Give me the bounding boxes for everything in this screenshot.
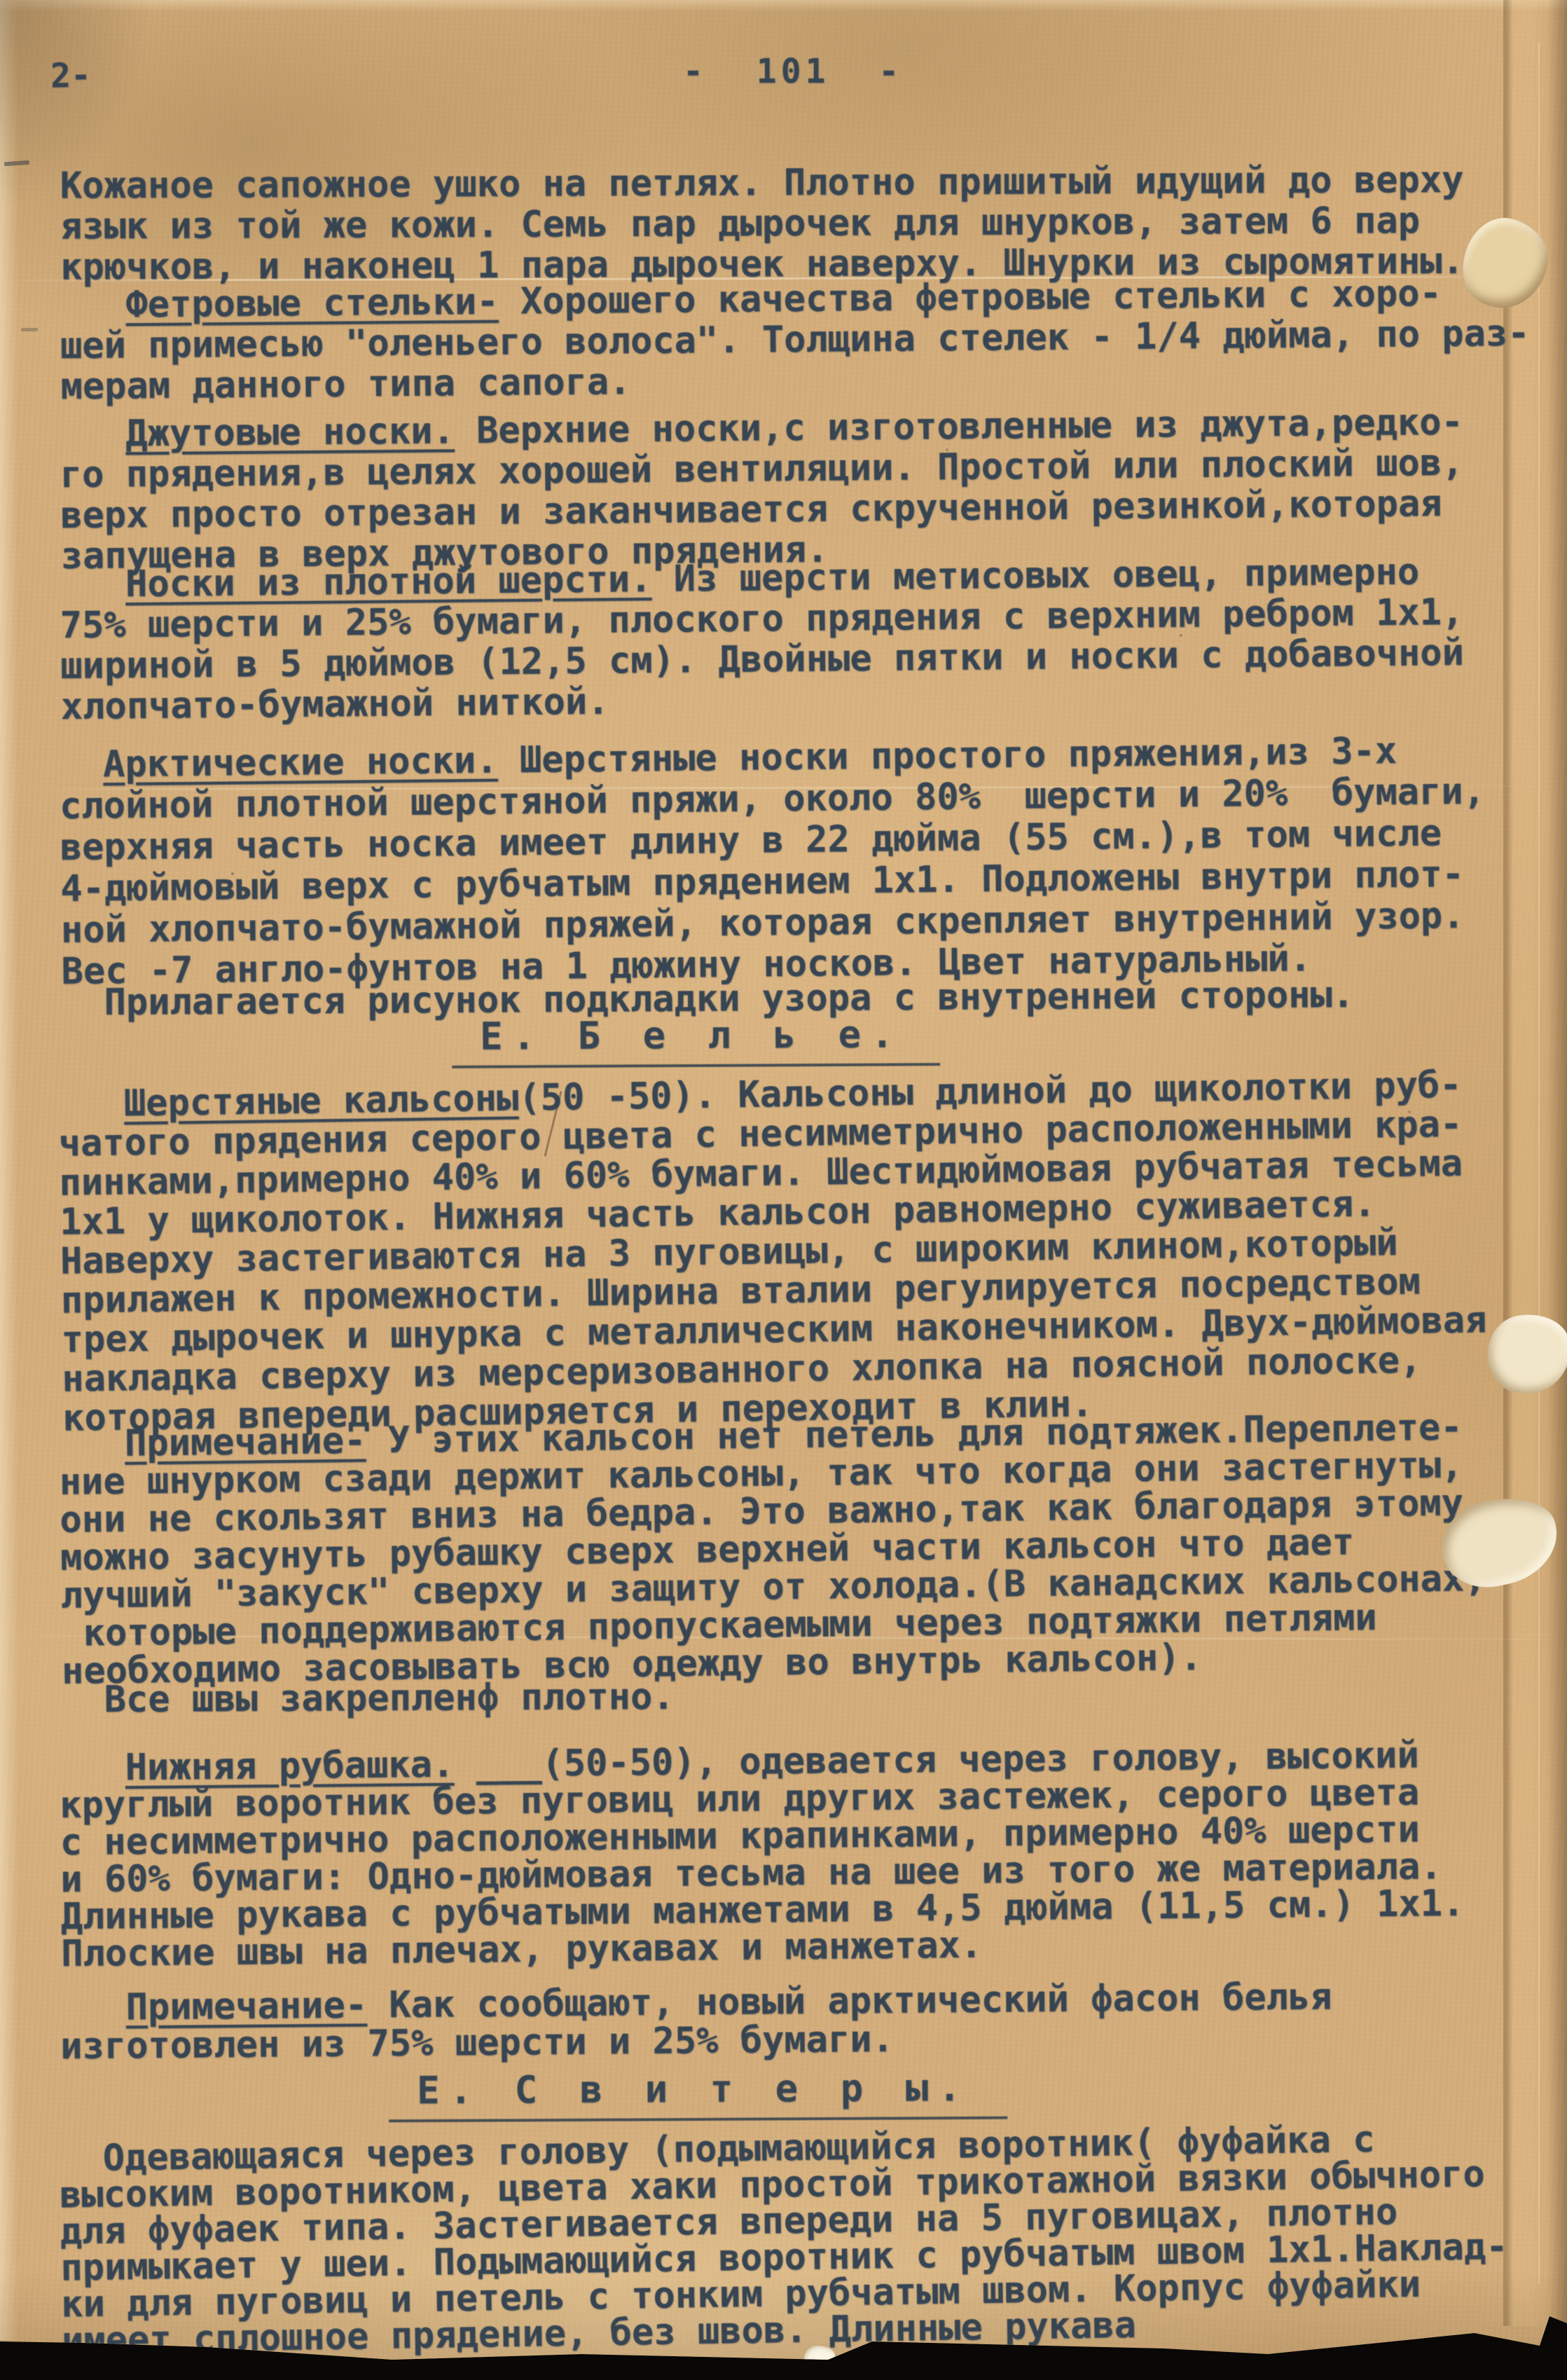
scanned-page: 2- - 101 - Кожаное сапожное ушко на петл… — [0, 0, 1567, 2380]
paragraph: Фетровые стельки- Хорошего качества фетр… — [60, 273, 1524, 407]
paragraph: Одевающаяся через голову (подымающийся в… — [59, 2119, 1526, 2360]
text-line: Кожаное сапожное ушко на петлях. Плотно … — [60, 159, 1524, 206]
typewritten-text: 2- - 101 - Кожаное сапожное ушко на петл… — [0, 0, 1567, 2380]
paragraph: Нижняя рубашка. ___(50-50), одевается че… — [60, 1736, 1526, 1973]
section-title: Арктические носки. — [103, 739, 498, 785]
paragraph: Джутовые носки. Верхние носки,с изготовл… — [60, 401, 1525, 577]
page-number-center: - 101 - — [683, 52, 903, 91]
paragraph: Примечание- У этих кальсон нет петель дл… — [59, 1408, 1526, 1691]
paragraph: Носки из плотной шерсти. Из шерсти метис… — [60, 551, 1525, 727]
text-line: Все швы закрепленф плотно. — [60, 1672, 1524, 1721]
section-title: Примечание- — [125, 1984, 367, 2028]
text-line: язык из той же кожи. Семь пар дырочек дл… — [60, 200, 1524, 247]
paragraph: Кожаное сапожное ушко на петлях. Плотно … — [60, 159, 1525, 287]
paragraph: Арктические носки. Шерстяные носки прост… — [59, 729, 1526, 993]
page-number-left: 2- — [50, 55, 91, 95]
section-title: Джутовые носки. — [125, 410, 455, 455]
section-heading: Е. С в и т е р ы. — [389, 2065, 1007, 2123]
paragraph: Примечание- Как сообщают, новый арктичес… — [60, 1976, 1525, 2066]
section-title: Носки из плотной шерсти. — [125, 558, 652, 605]
section-title: Фетровые стельки- — [125, 281, 499, 326]
section-heading: Е. Б е л ь е. — [452, 1012, 940, 1068]
paragraph: Шерстяные кальсоны(50 -50). Кальсоны дли… — [58, 1064, 1527, 1438]
paper-sheet: 2- - 101 - Кожаное сапожное ушко на петл… — [0, 0, 1567, 2380]
paper-tear — [804, 2346, 835, 2369]
paragraph: Все швы закрепленф плотно. — [60, 1672, 1524, 1721]
